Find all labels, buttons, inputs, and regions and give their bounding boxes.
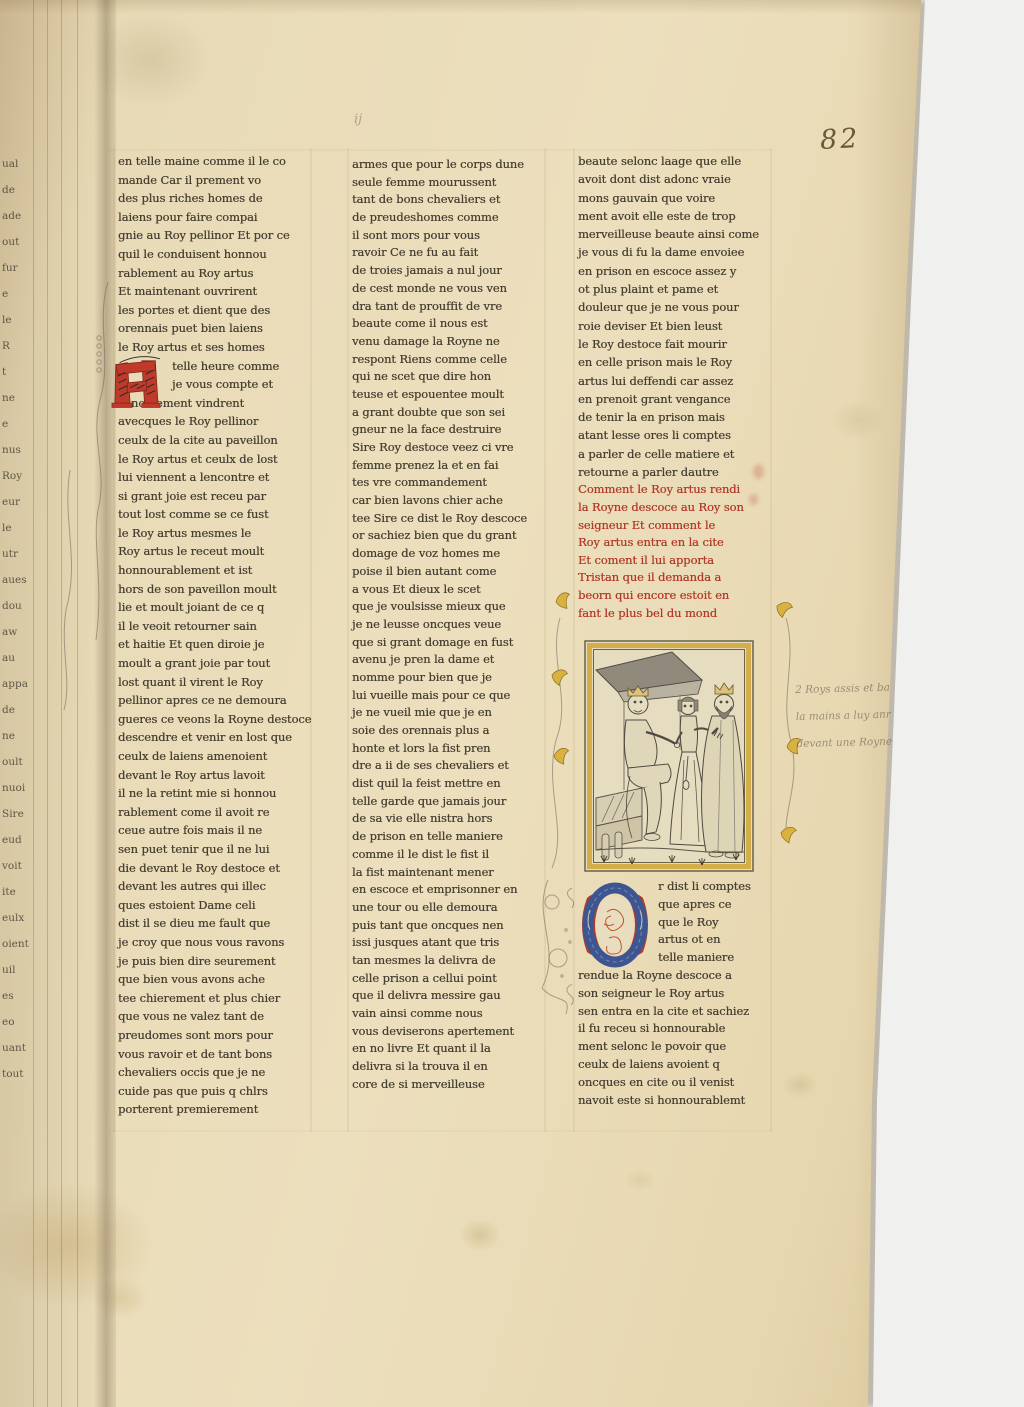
manuscript-line: vain ainsi comme nous [352, 1005, 550, 1023]
manuscript-line: dist quil la feist mettre en [352, 775, 550, 793]
manuscript-line: quil le conduisent honnou [118, 245, 316, 264]
manuscript-line: je ne leusse oncques veue [352, 616, 550, 634]
manuscript-line: qui ne scet que dire hon [352, 368, 550, 386]
facing-page-fragment: uant [2, 1042, 32, 1068]
manuscript-line: comme il le dist le fist il [352, 846, 550, 864]
manuscript-line: roie deviser Et bien leust [578, 317, 776, 335]
manuscript-line: vous deviserons apertement [352, 1023, 550, 1041]
manuscript-line: soie des orennais plus a [352, 722, 550, 740]
facing-page-fragment: ual [2, 158, 32, 184]
manuscript-line: femme prenez la et en fai [352, 457, 550, 475]
manuscript-line: nomme pour bien que je [352, 669, 550, 687]
manuscript-line: r dist li comptes [658, 878, 776, 896]
manuscript-line: en telle maine comme il le co [118, 152, 316, 171]
page-stack-edge [77, 0, 78, 1407]
manuscript-line: il ne la retint mie si honnou [118, 784, 316, 803]
manuscript-line: tant de bons chevaliers et [352, 191, 550, 209]
manuscript-line: son seigneur le Roy artus [578, 985, 776, 1003]
manuscript-line: atant lesse ores li comptes [578, 426, 776, 444]
col1-rest-block: si noblement vindrentavecques le Roy pel… [118, 394, 316, 1119]
col3-top-block: beaute selonc laage que elleavoit dont d… [578, 152, 776, 481]
manuscript-line: de prison en telle maniere [352, 828, 550, 846]
manuscript-line: que si grant domage en fust [352, 634, 550, 652]
manuscript-line: beaute selonc laage que elle [578, 152, 776, 170]
manuscript-line: dist il se dieu me fault que [118, 914, 316, 933]
illuminated-initial-o [576, 880, 654, 970]
facing-page-fragment: Roy [2, 470, 32, 496]
facing-page-fragment: ne [2, 392, 32, 418]
facing-page-fragment: oult [2, 756, 32, 782]
facing-page-fragment: R [2, 340, 32, 366]
manuscript-line: celle prison a cellui point [352, 970, 550, 988]
manuscript-line: et haitie Et quen diroie je [118, 635, 316, 654]
manuscript-line: car bien lavons chier ache [352, 492, 550, 510]
manuscript-line: lui vueille mais pour ce que [352, 687, 550, 705]
manuscript-line: le Roy artus et ceulx de lost [118, 450, 316, 469]
text-column-1: en telle maine comme il le comande Car i… [118, 152, 316, 1119]
manuscript-line: en celle prison mais le Roy [578, 353, 776, 371]
facing-page-fragment: de [2, 184, 32, 210]
manuscript-line: hors de son paveillon moult [118, 580, 316, 599]
manuscript-line: avenu je pren la dame et [352, 651, 550, 669]
rubric-line: fant le plus bel du mond [578, 605, 776, 623]
manuscript-line: telle heure comme [172, 357, 316, 376]
facing-page-fragment: ite [2, 886, 32, 912]
manuscript-line: une tour ou elle demoura [352, 899, 550, 917]
page-stack-edge [61, 0, 62, 1407]
manuscript-line: telle garde que jamais jour [352, 793, 550, 811]
manuscript-line: devant les autres qui illec [118, 877, 316, 896]
facing-page-fragment: nuoi [2, 782, 32, 808]
manuscript-line: domage de voz homes me [352, 545, 550, 563]
manuscript-line: le Roy destoce fait mourir [578, 335, 776, 353]
manuscript-line: tes vre commandement [352, 474, 550, 492]
manuscript-line: il le veoit retourner sain [118, 617, 316, 636]
manuscript-line: porterent premierement [118, 1100, 316, 1119]
facing-page-fragment: uil [2, 964, 32, 990]
manuscript-scan: ualdeadeoutfureleRtneenusRoyeurleutraues… [0, 0, 1024, 1407]
rubric-line: Roy artus entra en la cite [578, 534, 776, 552]
manuscript-line: devant le Roy artus lavoit [118, 766, 316, 785]
facing-page-fragment: eud [2, 834, 32, 860]
rubric-line: Comment le Roy artus rendi [578, 481, 776, 499]
manuscript-line: ravoir Ce ne fu au fait [352, 244, 550, 262]
manuscript-line: lie et moult joiant de ce q [118, 598, 316, 617]
manuscript-line: issi jusques atant que tris [352, 934, 550, 952]
facing-page-fragment: eur [2, 496, 32, 522]
facing-page-fragment: appa [2, 678, 32, 704]
facing-page-fragment: au [2, 652, 32, 678]
miniature-illustration [584, 640, 754, 872]
col3-rest-block: rendue la Royne descoce ason seigneur le… [578, 967, 776, 1109]
illuminated-initial-a [110, 351, 162, 409]
manuscript-line: que le Roy [658, 914, 776, 932]
manuscript-line: core de si merveilleuse [352, 1076, 550, 1094]
manuscript-line: gnie au Roy pellinor Et por ce [118, 226, 316, 245]
facing-page-fragment: eo [2, 1016, 32, 1042]
manuscript-line: die devant le Roy destoce et [118, 859, 316, 878]
folio-number: 82 [819, 123, 861, 156]
manuscript-line: rablement come il avoit re [118, 803, 316, 822]
facing-page-fragment: voit [2, 860, 32, 886]
manuscript-line: douleur que je ne vous pour [578, 298, 776, 316]
manuscript-line: cuide pas que puis q chlrs [118, 1082, 316, 1101]
manuscript-line: gneur ne la face destruire [352, 421, 550, 439]
manuscript-line: sen entra en la cite et sachiez [578, 1003, 776, 1021]
manuscript-line: sen puet tenir que il ne lui [118, 840, 316, 859]
manuscript-line: ceulx de la cite au paveillon [118, 431, 316, 450]
facing-page-fragment: tout [2, 1068, 32, 1094]
manuscript-line: avoit dont dist adonc vraie [578, 170, 776, 188]
facing-page-fragment: de [2, 704, 32, 730]
manuscript-line: chevaliers occis que je ne [118, 1063, 316, 1082]
text-column-2: armes que pour le corps duneseule femme … [352, 156, 550, 1093]
manuscript-line: ot plus plaint et pame et [578, 280, 776, 298]
manuscript-line: mons gauvain que voire [578, 189, 776, 207]
facing-page-fragment: e [2, 288, 32, 314]
manuscript-line: honte et lors la fist pren [352, 740, 550, 758]
manuscript-line: artus lui deffendi car assez [578, 372, 776, 390]
manuscript-line: ceue autre fois mais il ne [118, 821, 316, 840]
col1-initial-block: telle heure commeje vous compte et [118, 357, 316, 394]
manuscript-line: en escoce et emprisonner en [352, 881, 550, 899]
manuscript-line: Et maintenant ouvrirent [118, 282, 316, 301]
manuscript-line: venu damage la Royne ne [352, 333, 550, 351]
manuscript-line: les portes et dient que des [118, 301, 316, 320]
manuscript-line: beaute come il nous est [352, 315, 550, 333]
manuscript-line: de troies jamais a nul jour [352, 262, 550, 280]
manuscript-line: ment selonc le povoir que [578, 1038, 776, 1056]
manuscript-line: en prenoit grant vengance [578, 390, 776, 408]
gutter-fold [94, 0, 116, 1407]
manuscript-line: a grant doubte que son sei [352, 404, 550, 422]
manuscript-line: laiens pour faire compai [118, 208, 316, 227]
manuscript-line: tee Sire ce dist le Roy descoce [352, 510, 550, 528]
facing-page-fragment: aw [2, 626, 32, 652]
manuscript-line: ceulx de laiens amenoient [118, 747, 316, 766]
marginal-note: 2 Roys assis et bala mains a luy anrdeva… [795, 680, 957, 765]
manuscript-line: de cest monde ne vous ven [352, 280, 550, 298]
manuscript-line: que il delivra messire gau [352, 987, 550, 1005]
page-stack-edge [47, 0, 48, 1407]
rubric-line: la Royne descoce au Roy son [578, 499, 776, 517]
marginal-note-line: la mains a luy anr [796, 707, 957, 738]
manuscript-line: a vous Et dieux le scet [352, 581, 550, 599]
manuscript-line: lui viennent a lencontre et [118, 468, 316, 487]
manuscript-line: que vous ne valez tant de [118, 1007, 316, 1026]
manuscript-line: de tenir la en prison mais [578, 408, 776, 426]
manuscript-line: ceulx de laiens avoient q [578, 1056, 776, 1074]
manuscript-line: orennais puet bien laiens [118, 319, 316, 338]
manuscript-line: or sachiez bien que du grant [352, 527, 550, 545]
manuscript-line: je vous compte et [172, 375, 316, 394]
manuscript-line: je ne vueil mie que je en [352, 704, 550, 722]
facing-page-fragment: aues [2, 574, 32, 600]
manuscript-line: en no livre Et quant il la [352, 1040, 550, 1058]
manuscript-line: Roy artus le receut moult [118, 542, 316, 561]
manuscript-line: preudomes sont mors pour [118, 1026, 316, 1045]
manuscript-line: Sire Roy destoce veez ci vre [352, 439, 550, 457]
facing-page-fragment: utr [2, 548, 32, 574]
manuscript-line: il sont mors pour vous [352, 227, 550, 245]
manuscript-line: vous ravoir et de tant bons [118, 1045, 316, 1064]
manuscript-line: de sa vie elle nistra hors [352, 810, 550, 828]
facing-page-fragment: eulx [2, 912, 32, 938]
col3-initial-block: r dist li comptesque apres ceque le Roya… [578, 878, 776, 967]
facing-page-fragments: ualdeadeoutfureleRtneenusRoyeurleutraues… [2, 158, 32, 1094]
manuscript-line: seule femme mourussent [352, 174, 550, 192]
manuscript-line: pellinor apres ce ne demoura [118, 691, 316, 710]
marginal-note-line: 2 Roys assis et ba [795, 680, 956, 711]
manuscript-line: ques estoient Dame celi [118, 896, 316, 915]
rubric-block: Comment le Roy artus rendila Royne desco… [578, 481, 776, 622]
rubric-line: beorn qui encore estoit en [578, 587, 776, 605]
manuscript-line: poise il bien autant come [352, 563, 550, 581]
manuscript-line: merveilleuse beaute ainsi come [578, 225, 776, 243]
manuscript-line: que bien vous avons ache [118, 970, 316, 989]
manuscript-line: tee chierement et plus chier [118, 989, 316, 1008]
quire-mark: ij [354, 112, 362, 127]
manuscript-line: retourne a parler dautre [578, 463, 776, 481]
manuscript-line: descendre et venir en lost que [118, 728, 316, 747]
manuscript-line: gueres ce veons la Royne destoce [118, 710, 316, 729]
manuscript-line: tout lost comme se ce fust [118, 505, 316, 524]
page-stack-edge [33, 0, 34, 1407]
facing-page-fragment: nus [2, 444, 32, 470]
manuscript-line: le Roy artus mesmes le [118, 524, 316, 543]
manuscript-line: ment avoit elle este de trop [578, 207, 776, 225]
manuscript-line: dre a ii de ses chevaliers et [352, 757, 550, 775]
manuscript-line: la fist maintenant mener [352, 864, 550, 882]
facing-page-fragment: out [2, 236, 32, 262]
manuscript-line: dra tant de prouffit de vre [352, 298, 550, 316]
facing-page-fragment: dou [2, 600, 32, 626]
facing-page-fragment: ade [2, 210, 32, 236]
facing-page-fragment: ne [2, 730, 32, 756]
rubric-line: Tristan que il demanda a [578, 569, 776, 587]
rubric-line: Et coment il lui apporta [578, 552, 776, 570]
manuscript-line: en prison en escoce assez y [578, 262, 776, 280]
text-column-3: beaute selonc laage que elleavoit dont d… [578, 152, 776, 1109]
manuscript-line: que je voulsisse mieux que [352, 598, 550, 616]
col1-top-block: en telle maine comme il le comande Car i… [118, 152, 316, 357]
manuscript-line: je puis bien dire seurement [118, 952, 316, 971]
rubric-line: seigneur Et comment le [578, 517, 776, 535]
manuscript-line: si grant joie est receu par [118, 487, 316, 506]
manuscript-line: il fu receu si honnourable [578, 1020, 776, 1038]
facing-page-fragment: le [2, 522, 32, 548]
facing-page-fragment: es [2, 990, 32, 1016]
facing-page-fragment: oient [2, 938, 32, 964]
marginal-note-line: devant une Royne [796, 734, 957, 765]
manuscript-line: que apres ce [658, 896, 776, 914]
manuscript-line: delivra si la trouva il en [352, 1058, 550, 1076]
miniature [584, 640, 754, 872]
manuscript-line: tan mesmes la delivra de [352, 952, 550, 970]
manuscript-line: je vous di fu la dame envoiee [578, 243, 776, 261]
facing-page-fragment: le [2, 314, 32, 340]
manuscript-line: puis tant que oncques nen [352, 917, 550, 935]
facing-page-fragment: Sire [2, 808, 32, 834]
manuscript-line: a parler de celle matiere et [578, 445, 776, 463]
manuscript-line: telle maniere [658, 949, 776, 967]
manuscript-line: honnourablement et ist [118, 561, 316, 580]
manuscript-line: moult a grant joie par tout [118, 654, 316, 673]
manuscript-line: teuse et espouentee moult [352, 386, 550, 404]
manuscript-line: navoit este si honnourablemt [578, 1092, 776, 1110]
manuscript-line: des plus riches homes de [118, 189, 316, 208]
manuscript-line: oncques en cite ou il venist [578, 1074, 776, 1092]
manuscript-line: armes que pour le corps dune [352, 156, 550, 174]
facing-page-fragment: e [2, 418, 32, 444]
manuscript-line: lost quant il virent le Roy [118, 673, 316, 692]
manuscript-line: respont Riens comme celle [352, 351, 550, 369]
manuscript-line: artus ot en [658, 931, 776, 949]
facing-page-fragment: t [2, 366, 32, 392]
manuscript-line: avecques le Roy pellinor [118, 412, 316, 431]
facing-page-fragment: fur [2, 262, 32, 288]
manuscript-line: je croy que nous vous ravons [118, 933, 316, 952]
manuscript-line: rablement au Roy artus [118, 264, 316, 283]
manuscript-line: mande Car il prement vo [118, 171, 316, 190]
manuscript-line: de preudeshomes comme [352, 209, 550, 227]
